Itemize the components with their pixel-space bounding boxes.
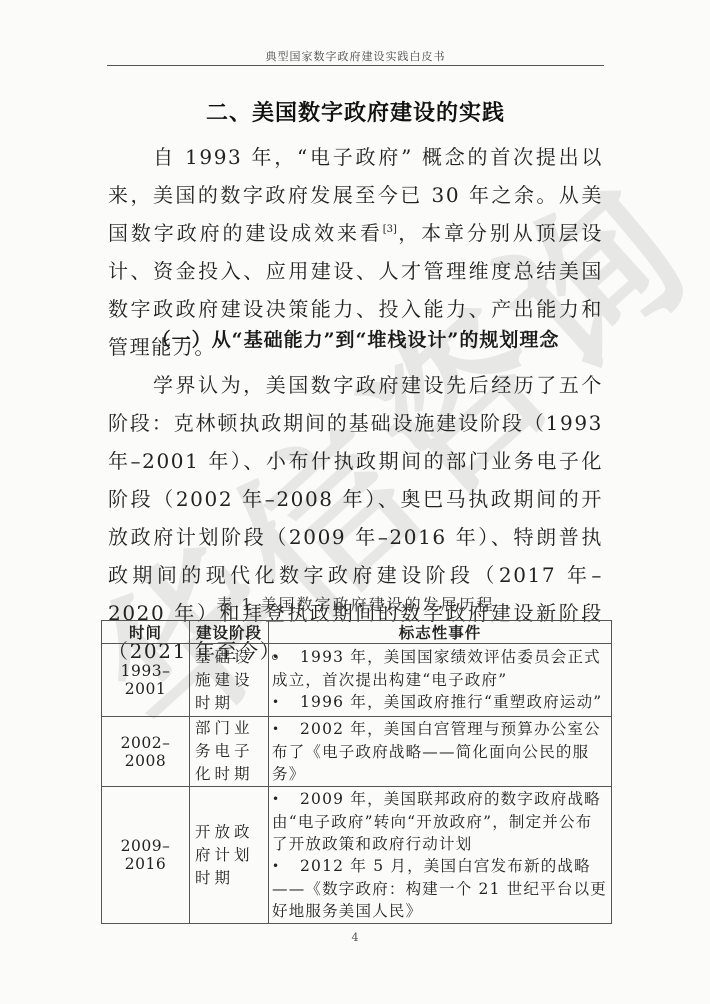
stage-cell: 部门业务电子化时期 bbox=[190, 717, 269, 787]
stage-cell: 基础设施建设时期 bbox=[190, 644, 269, 717]
event-item: 2012 年 5 月，美国白宫发布新的战略——《数字政府：构建一个 21 世纪平… bbox=[272, 855, 608, 922]
chapter-title: 二、美国数字政府建设的实践 bbox=[107, 96, 604, 127]
running-header: 典型国家数字政府建设实践白皮书 bbox=[107, 48, 604, 64]
header-rule bbox=[107, 65, 604, 66]
event-item: 1996 年，美国政府推行“重塑政府运动” bbox=[272, 691, 608, 714]
table-caption: 表 1 美国数字政府建设的发展历程 bbox=[107, 592, 604, 615]
bullet-icon bbox=[272, 691, 300, 714]
event-item: 2009 年，美国联邦政府的数字政府战略由“电子政府”转向“开放政府”，制定并公… bbox=[272, 788, 608, 855]
citation-ref[interactable]: [3] bbox=[383, 224, 397, 235]
bullet-icon bbox=[272, 646, 300, 669]
development-history-table: 时间 建设阶段 标志性事件 1993–2001 基础设施建设时期 1993 年，… bbox=[101, 620, 612, 924]
bullet-icon bbox=[272, 788, 300, 811]
event-text: 1993 年，美国国家绩效评估委员会正式成立，首次提出构建“电子政府” bbox=[272, 648, 601, 689]
event-text: 2002 年，美国白宫管理与预算办公室公布了《电子政府战略——简化面向公民的服务… bbox=[272, 720, 601, 783]
event-text: 1996 年，美国政府推行“重塑政府运动” bbox=[300, 693, 602, 711]
stage-cell: 开放政府计划时期 bbox=[190, 787, 269, 924]
column-header-events: 标志性事件 bbox=[269, 621, 612, 644]
events-cell: 2009 年，美国联邦政府的数字政府战略由“电子政府”转向“开放政府”，制定并公… bbox=[269, 787, 612, 924]
period-cell: 2009–2016 bbox=[102, 787, 190, 924]
period-cell: 2002–2008 bbox=[102, 717, 190, 787]
column-header-stage: 建设阶段 bbox=[190, 621, 269, 644]
document-page: 华信咨询 典型国家数字政府建设实践白皮书 二、美国数字政府建设的实践 自 199… bbox=[0, 0, 710, 1004]
table-row: 2009–2016 开放政府计划时期 2009 年，美国联邦政府的数字政府战略由… bbox=[102, 787, 612, 924]
event-item: 1993 年，美国国家绩效评估委员会正式成立，首次提出构建“电子政府” bbox=[272, 646, 608, 691]
event-item: 2002 年，美国白宫管理与预算办公室公布了《电子政府战略——简化面向公民的服务… bbox=[272, 718, 608, 785]
bullet-icon bbox=[272, 855, 300, 878]
events-cell: 1993 年，美国国家绩效评估委员会正式成立，首次提出构建“电子政府” 1996… bbox=[269, 644, 612, 717]
column-header-time: 时间 bbox=[102, 621, 190, 644]
period-cell: 1993–2001 bbox=[102, 644, 190, 717]
page-number: 4 bbox=[0, 931, 710, 944]
event-text: 2012 年 5 月，美国白宫发布新的战略——《数字政府：构建一个 21 世纪平… bbox=[272, 857, 607, 920]
section-heading: （一）从“基础能力”到“堆栈设计”的规划理念 bbox=[107, 325, 604, 352]
table-row: 1993–2001 基础设施建设时期 1993 年，美国国家绩效评估委员会正式成… bbox=[102, 644, 612, 717]
events-cell: 2002 年，美国白宫管理与预算办公室公布了《电子政府战略——简化面向公民的服务… bbox=[269, 717, 612, 787]
bullet-icon bbox=[272, 718, 300, 741]
table-header-row: 时间 建设阶段 标志性事件 bbox=[102, 621, 612, 644]
table-row: 2002–2008 部门业务电子化时期 2002 年，美国白宫管理与预算办公室公… bbox=[102, 717, 612, 787]
event-text: 2009 年，美国联邦政府的数字政府战略由“电子政府”转向“开放政府”，制定并公… bbox=[272, 790, 601, 853]
